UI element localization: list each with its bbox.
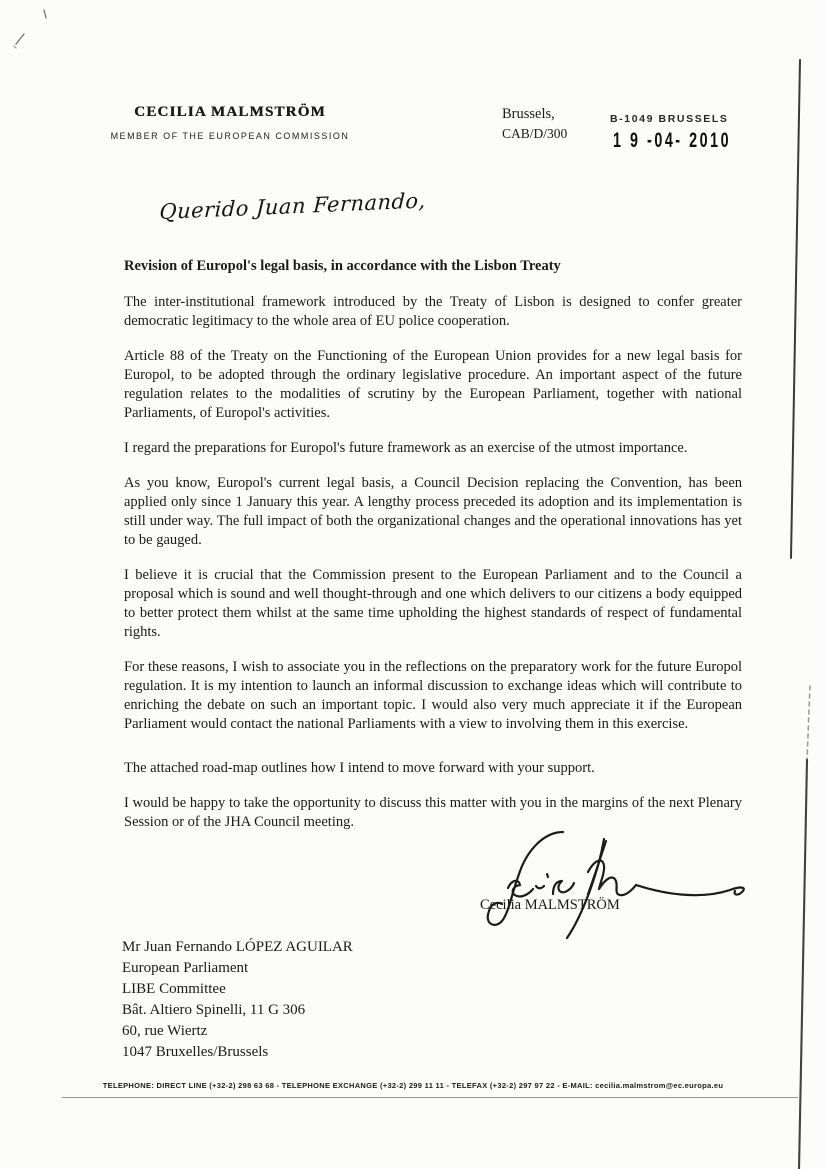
address-line: 1047 Bruxelles/Brussels bbox=[122, 1042, 353, 1063]
handwritten-greeting: Querido Juan Fernando, bbox=[159, 188, 440, 224]
body-paragraph: I believe it is crucial that the Commiss… bbox=[124, 566, 742, 642]
letter-body: The inter-institutional framework introd… bbox=[124, 293, 742, 848]
date-stamp: 1 9 -04- 2010 bbox=[613, 127, 731, 152]
body-paragraph: I would be happy to take the opportunity… bbox=[124, 794, 742, 832]
body-paragraph: The inter-institutional framework introd… bbox=[124, 293, 742, 331]
letterhead-sender-title: MEMBER OF THE EUROPEAN COMMISSION bbox=[84, 131, 376, 141]
recipient-address: Mr Juan Fernando LÓPEZ AGUILAR European … bbox=[122, 937, 353, 1063]
letterhead-place: Brussels, bbox=[502, 104, 555, 124]
footer-contact-line: TELEPHONE: DIRECT LINE (+32-2) 298 63 68… bbox=[60, 1081, 766, 1090]
handwritten-signature bbox=[468, 828, 778, 950]
letterhead-reference: CAB/D/300 bbox=[502, 126, 567, 142]
body-paragraph: Article 88 of the Treaty on the Function… bbox=[124, 347, 742, 423]
letterhead-postal-code: B-1049 BRUSSELS bbox=[610, 113, 729, 125]
scanned-letter-page: CECILIA MALMSTRÖM MEMBER OF THE EUROPEAN… bbox=[0, 0, 826, 1169]
letterhead-sender-name: CECILIA MALMSTRÖM bbox=[108, 104, 352, 121]
address-line: 60, rue Wiertz bbox=[122, 1021, 353, 1042]
address-line: Mr Juan Fernando LÓPEZ AGUILAR bbox=[122, 937, 353, 958]
subject-line: Revision of Europol's legal basis, in ac… bbox=[124, 258, 764, 275]
address-line: European Parliament bbox=[122, 958, 353, 979]
body-paragraph: For these reasons, I wish to associate y… bbox=[124, 658, 742, 734]
body-paragraph: I regard the preparations for Europol's … bbox=[124, 439, 742, 458]
body-paragraph: The attached road-map outlines how I int… bbox=[124, 759, 742, 778]
address-line: Bât. Altiero Spinelli, 11 G 306 bbox=[122, 1000, 353, 1021]
footer-rule bbox=[62, 1097, 798, 1098]
address-line: LIBE Committee bbox=[122, 979, 353, 1000]
body-paragraph: As you know, Europol's current legal bas… bbox=[124, 474, 742, 550]
